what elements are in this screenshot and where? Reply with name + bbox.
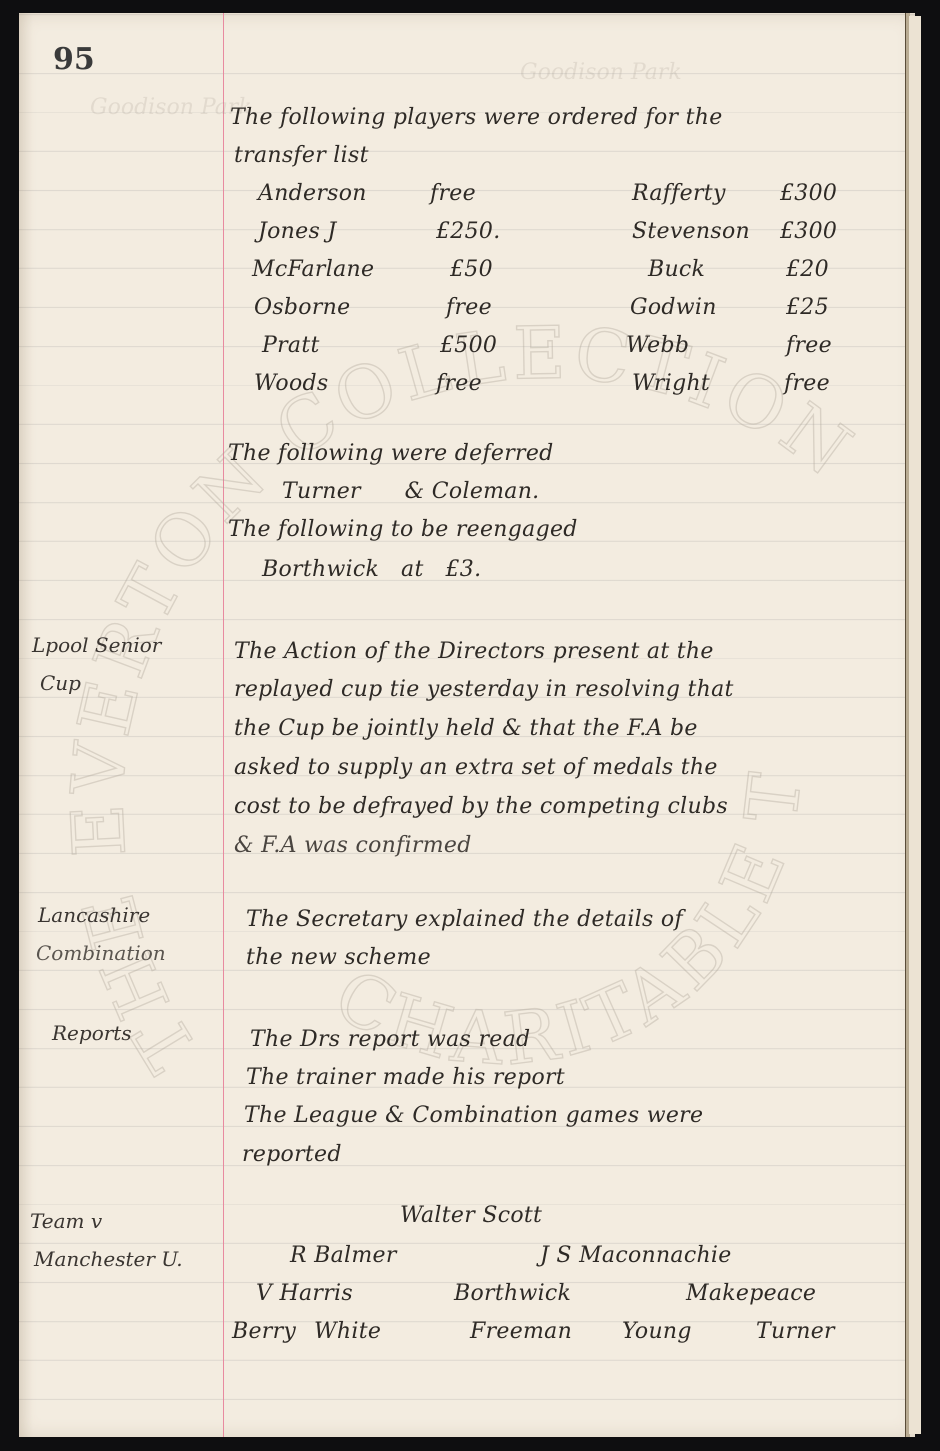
minute-line: The Drs report was read <box>250 1020 530 1059</box>
facing-page-edge <box>909 16 921 1434</box>
half-back: Borthwick <box>454 1274 571 1313</box>
player-name: Godwin <box>630 288 717 327</box>
transfer-fee: free <box>446 288 492 327</box>
transfer-fee: £20 <box>786 250 829 289</box>
margin-heading-senior-cup: Lpool Senior <box>32 626 161 664</box>
minute-line: The trainer made his report <box>246 1058 565 1097</box>
transfer-fee: free <box>430 174 476 213</box>
forward: Berry <box>232 1312 296 1351</box>
minute-line: the new scheme <box>246 938 431 977</box>
margin-heading-combination: Lancashire <box>38 896 150 934</box>
minute-line: The Action of the Directors present at t… <box>234 632 714 671</box>
margin-heading-combination-2: Combination <box>36 934 166 972</box>
transfer-fee: £50 <box>450 250 493 289</box>
transfer-intro-line2: transfer list <box>234 136 369 175</box>
margin-heading-reports: Reports <box>52 1014 132 1052</box>
minute-line: reported <box>242 1135 342 1174</box>
full-back: R Balmer <box>290 1236 397 1275</box>
show-through-text: Goodison Park <box>520 60 682 85</box>
minute-line: the Cup be jointly held & that the F.A b… <box>234 709 698 748</box>
player-name: Buck <box>648 250 705 289</box>
player-name: Webb <box>626 326 689 365</box>
goalkeeper: Walter Scott <box>400 1196 542 1235</box>
player-name: McFarlane <box>252 250 374 289</box>
player-name: Anderson <box>258 174 367 213</box>
minute-line: replayed cup tie yesterday in resolving … <box>234 670 734 709</box>
minute-line: cost to be defrayed by the competing clu… <box>234 787 728 826</box>
red-margin-rule <box>223 13 224 1437</box>
half-back: Makepeace <box>686 1274 816 1313</box>
minute-line: The League & Combination games were <box>244 1096 703 1135</box>
transfer-fee: £300 <box>780 212 837 251</box>
minute-line: asked to supply an extra set of medals t… <box>234 748 718 787</box>
transfer-fee: £500 <box>440 326 497 365</box>
forward: Young <box>622 1312 692 1351</box>
player-name: Osborne <box>254 288 350 327</box>
player-name: Pratt <box>262 326 320 365</box>
transfer-intro-line1: The following players were ordered for t… <box>230 98 723 137</box>
forward: Freeman <box>470 1312 572 1351</box>
minute-line: & F.A was confirmed <box>234 826 472 865</box>
reengaged-names: Borthwick at £3. <box>262 550 481 589</box>
transfer-fee: £300 <box>780 174 837 213</box>
player-name: Stevenson <box>632 212 750 251</box>
full-back: J S Maconnachie <box>540 1236 732 1275</box>
forward: White <box>314 1312 381 1351</box>
transfer-fee: free <box>786 326 832 365</box>
page-number: 95 <box>53 42 95 77</box>
margin-heading-team: Team v <box>30 1202 102 1240</box>
transfer-fee: free <box>436 364 482 403</box>
show-through-text: Goodison Park <box>90 95 252 120</box>
player-name: Wright <box>632 364 710 403</box>
player-name: Jones J <box>258 212 336 251</box>
deferred-names: Turner & Coleman. <box>282 472 539 511</box>
player-name: Woods <box>254 364 328 403</box>
margin-heading-senior-cup-2: Cup <box>40 664 81 702</box>
reengaged-intro: The following to be reengaged <box>228 510 578 549</box>
transfer-fee: £250. <box>436 212 500 251</box>
half-back: V Harris <box>256 1274 353 1313</box>
player-name: Rafferty <box>632 174 726 213</box>
minute-line: The Secretary explained the details of <box>246 900 683 939</box>
deferred-intro: The following were deferred <box>228 434 554 473</box>
margin-heading-team-2: Manchester U. <box>34 1240 183 1278</box>
forward: Turner <box>756 1312 835 1351</box>
transfer-fee: free <box>784 364 830 403</box>
transfer-fee: £25 <box>786 288 829 327</box>
